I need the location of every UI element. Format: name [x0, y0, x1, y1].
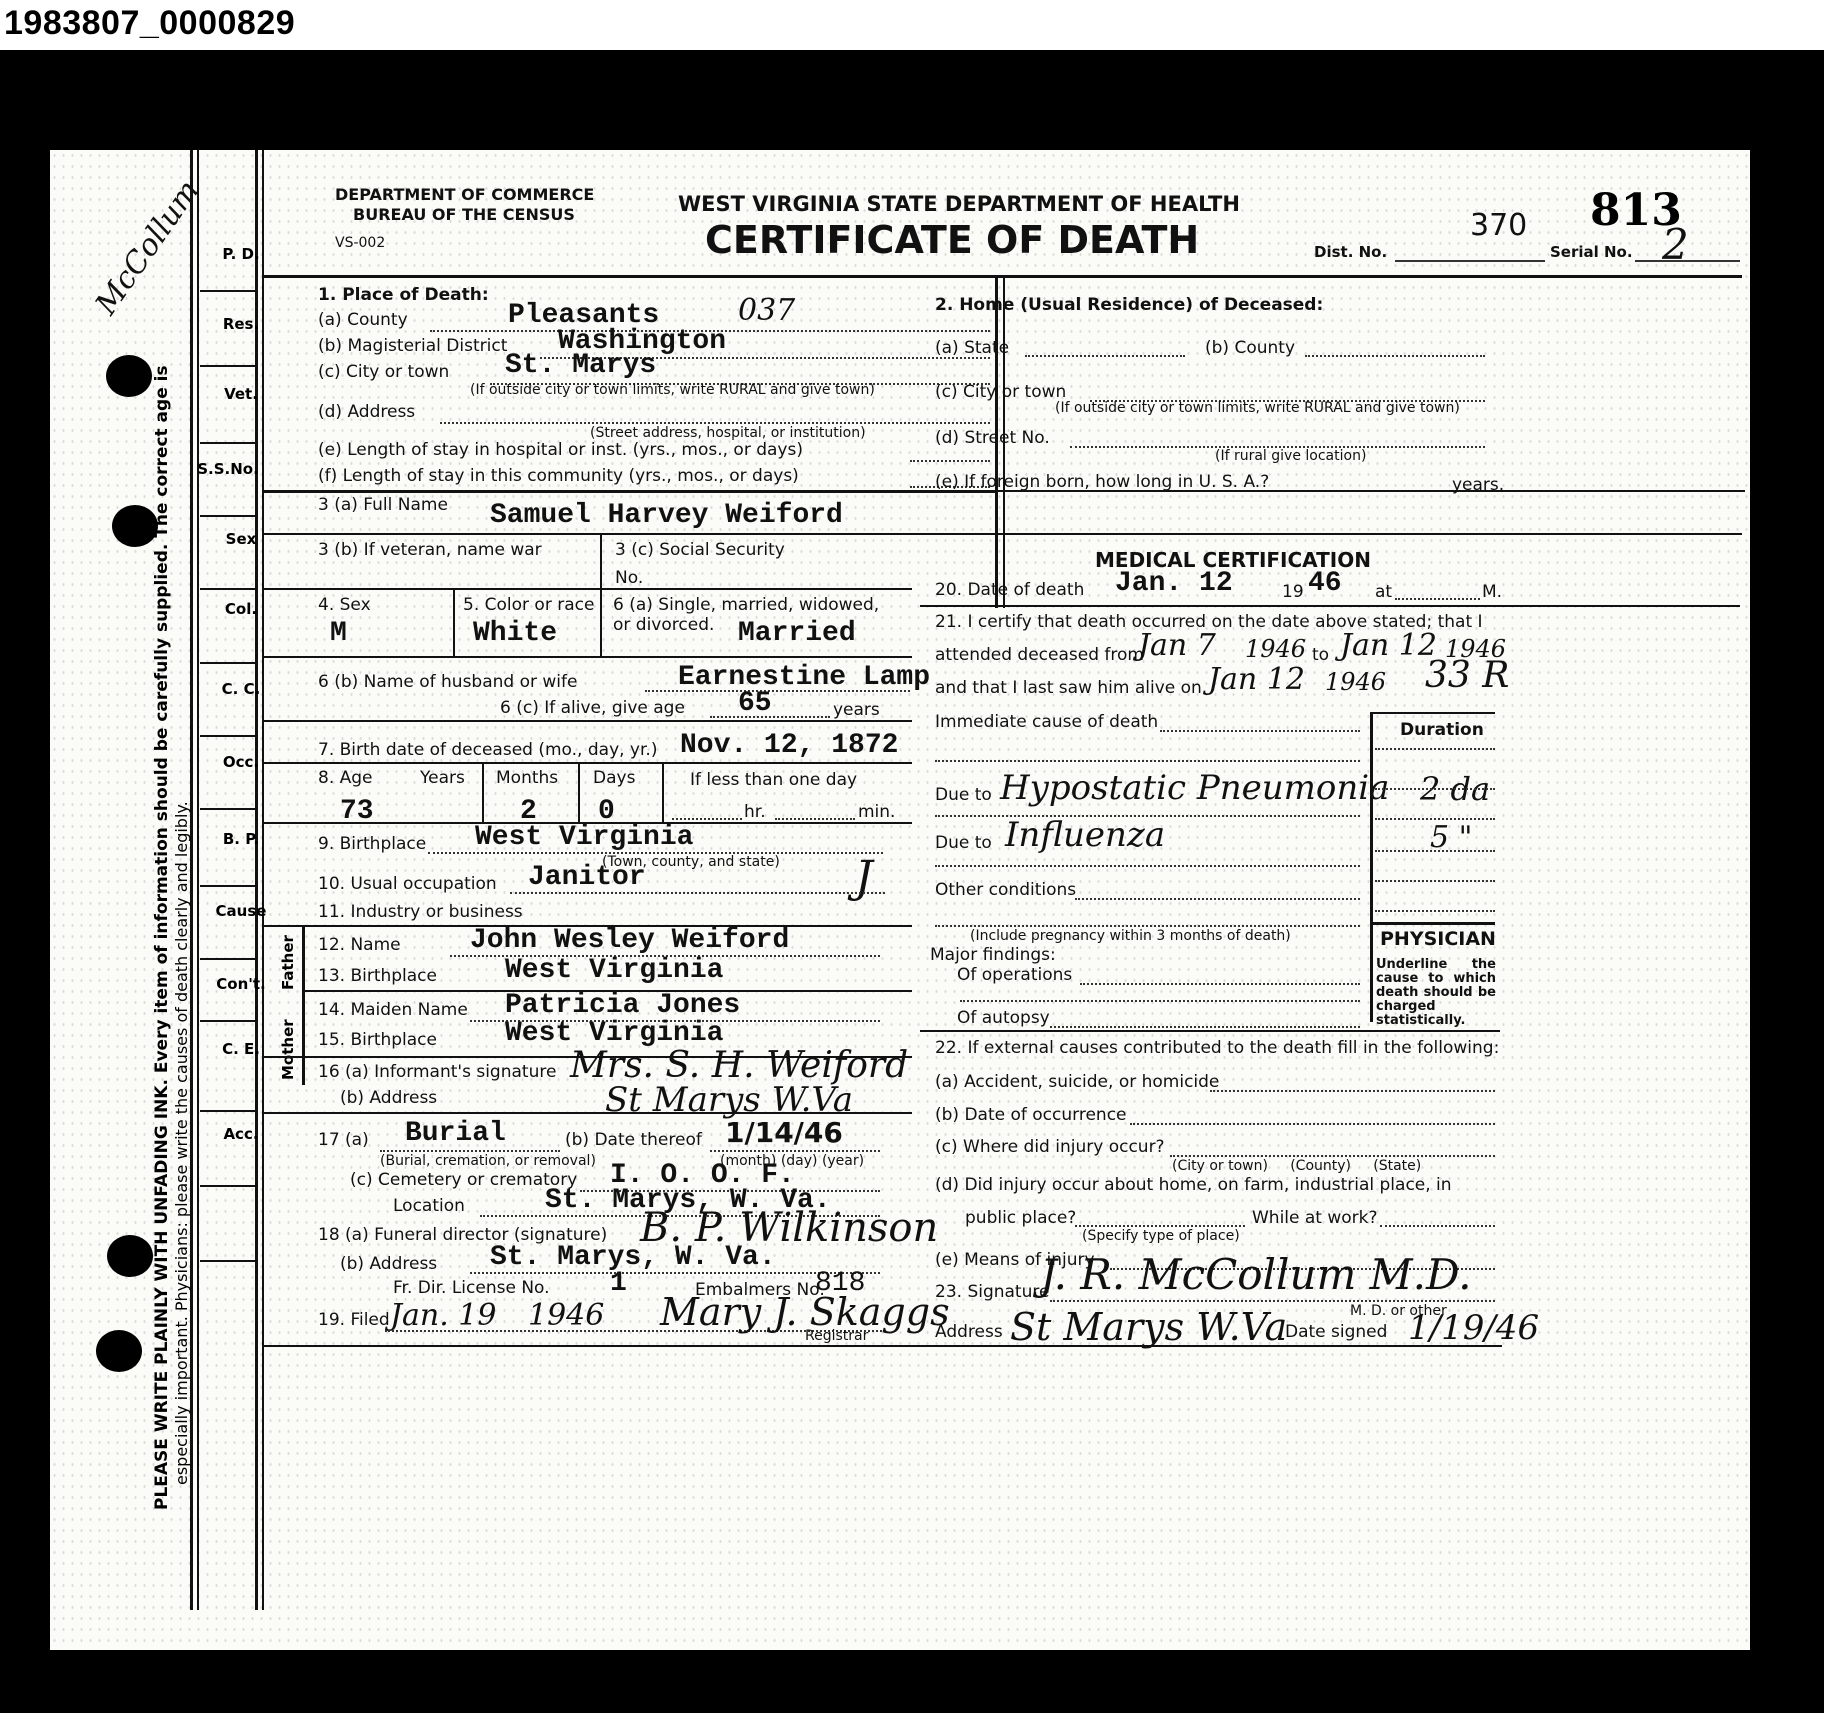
- margin-rule: [262, 150, 264, 1610]
- disposition-method: Burial: [405, 1118, 506, 1149]
- certificate-title: CERTIFICATE OF DEATH: [705, 218, 1199, 262]
- certificate-sheet: McCollum PLEASE WRITE PLAINLY WITH UNFAD…: [50, 150, 1750, 1650]
- external-c-label: (c) Where did injury occur?: [935, 1137, 1165, 1157]
- section-rule: [915, 490, 1745, 492]
- code-res: Res.: [200, 315, 282, 333]
- home-city-note: (If outside city or town limits, write R…: [1055, 400, 1460, 416]
- other-conditions-label: Other conditions: [935, 880, 1076, 900]
- parent-divider: [302, 925, 305, 1085]
- county-label: (a) County: [318, 310, 408, 330]
- home-city-label: (c) City or town: [935, 382, 1066, 402]
- city-note: (If outside city or town limits, write R…: [470, 382, 875, 398]
- immediate-cause-label: Immediate cause of death: [935, 712, 1158, 732]
- disposition-date-line: [710, 1150, 880, 1152]
- occupation-label: 10. Usual occupation: [318, 874, 497, 894]
- physician-note: Underline the cause to which death shoul…: [1376, 958, 1496, 1028]
- full-name-value: Samuel Harvey Weiford: [490, 500, 843, 531]
- spouse-age-label: 6 (c) If alive, give age: [500, 698, 685, 718]
- last-seen-date: Jan 12: [1208, 662, 1305, 697]
- place-heading: 1. Place of Death:: [318, 285, 489, 305]
- director-address-label: (b) Address: [340, 1254, 437, 1274]
- city-label: (c) City or town: [318, 362, 449, 382]
- district-label: Dist. No.: [1314, 243, 1387, 261]
- code-cc: C. C.: [200, 680, 282, 698]
- immediate-cause-line: [1160, 730, 1360, 732]
- external-d-label-2: public place?: [965, 1208, 1076, 1228]
- signature-label: 23. Signature: [935, 1282, 1049, 1302]
- section-rule: [920, 1030, 1500, 1032]
- license-value: 1: [610, 1268, 627, 1299]
- filed-year: 1946: [528, 1298, 604, 1333]
- external-d-label: (d) Did injury occur about home, on farm…: [935, 1175, 1452, 1195]
- margin-annotation: McCollum: [89, 174, 207, 321]
- sex-label: 4. Sex: [318, 595, 371, 615]
- pregnancy-note: (Include pregnancy within 3 months of de…: [970, 928, 1291, 944]
- spouse-line: [645, 690, 910, 692]
- stay-community-label: (f) Length of stay in this community (yr…: [318, 466, 799, 486]
- informant-address-value: St Marys W.Va: [605, 1080, 853, 1120]
- code-divider: [200, 1185, 255, 1187]
- code-cont: Con't.: [200, 975, 282, 993]
- spouse-age-value: 65: [738, 688, 772, 719]
- cause-2: Influenza: [1005, 815, 1165, 855]
- form-number: VS-002: [335, 235, 385, 251]
- section-rule: [920, 605, 1740, 607]
- cause-line: [935, 925, 1360, 927]
- industry-label: 11. Industry or business: [318, 902, 523, 922]
- cell-divider: [482, 762, 484, 822]
- age-years-label: Years: [420, 768, 465, 788]
- dept-line-1: DEPARTMENT OF COMMERCE: [335, 185, 594, 204]
- external-a-line: [1210, 1090, 1495, 1092]
- punch-hole: [107, 1235, 153, 1277]
- autopsy-line: [1050, 1026, 1360, 1028]
- code-divider: [200, 442, 255, 444]
- code-divider: [200, 1260, 255, 1262]
- code-divider: [200, 735, 255, 737]
- due-to-label-1: Due to: [935, 785, 992, 805]
- father-side-label: Father: [279, 935, 297, 990]
- spouse-value: Earnestine Lamp: [678, 662, 930, 693]
- marital-label-1: 6 (a) Single, married, widowed,: [613, 595, 879, 615]
- image-id: 1983807_0000829: [4, 4, 295, 43]
- father-birthplace-value: West Virginia: [505, 955, 723, 986]
- county-code: 037: [738, 293, 795, 328]
- external-b-line: [1130, 1123, 1495, 1125]
- other-conditions-line: [1075, 898, 1360, 900]
- code-divider: [200, 1020, 255, 1022]
- to-label: to: [1312, 645, 1329, 665]
- mother-name-value: Patricia Jones: [505, 990, 740, 1021]
- occupation-value: Janitor: [528, 862, 646, 893]
- death-month-day: Jan. 12: [1115, 568, 1233, 599]
- date-signed-label: Date signed: [1285, 1322, 1387, 1342]
- duration-top: [1370, 712, 1495, 714]
- age-label: 8. Age: [318, 768, 373, 788]
- attended-from-year: 1946: [1245, 635, 1306, 663]
- disposition-line: [380, 1150, 560, 1152]
- section-rule: [262, 588, 912, 590]
- home-street-label: (d) Street No.: [935, 428, 1050, 448]
- external-c-note: (City or town) (County) (State): [1172, 1158, 1421, 1174]
- header-rule: [262, 275, 1742, 278]
- attended-label: attended deceased from: [935, 645, 1144, 665]
- code-divider: [200, 885, 255, 887]
- death-time-line: [1395, 598, 1480, 600]
- code-divider: [200, 958, 255, 960]
- code-acc: Acc.: [200, 1125, 282, 1143]
- margin-rule: [197, 150, 199, 1610]
- stay-hospital-label: (e) Length of stay in hospital or inst. …: [318, 440, 803, 460]
- disposition-date: 1/14/46: [725, 1116, 843, 1149]
- duration-line: [1375, 850, 1495, 852]
- due-to-label-2: Due to: [935, 833, 992, 853]
- death-year-prefix: 19: [1282, 582, 1304, 602]
- code-divider: [200, 662, 255, 664]
- spouse-age-unit: years: [833, 700, 880, 720]
- hr-label: hr.: [744, 802, 766, 822]
- cause-1: Hypostatic Pneumonia: [1000, 768, 1389, 808]
- code-col: Col.: [200, 600, 282, 618]
- cause-line: [935, 760, 1360, 762]
- cause-line: [935, 865, 1360, 867]
- instruction-line-2: especially important. Physicians: please…: [172, 801, 191, 1485]
- birth-label: 7. Birth date of deceased (mo., day, yr.…: [318, 740, 657, 760]
- occupation-line: [510, 892, 885, 894]
- less-day-label: If less than one day: [690, 770, 857, 790]
- cell-divider: [600, 533, 602, 588]
- code-ssn: S.S.No.: [196, 460, 260, 478]
- mother-side-label: Mother: [279, 1019, 297, 1080]
- home-heading: 2. Home (Usual Residence) of Deceased:: [935, 295, 1323, 315]
- director-address-value: St. Marys, W. Va.: [490, 1242, 776, 1273]
- location-label: Location: [393, 1196, 465, 1216]
- filed-date: Jan. 19: [390, 1298, 496, 1333]
- work-label: While at work?: [1252, 1208, 1378, 1228]
- spouse-label: 6 (b) Name of husband or wife: [318, 672, 577, 692]
- district-number: 370: [1470, 208, 1527, 243]
- duration-line: [1375, 788, 1495, 790]
- bottom-rule: [262, 1345, 1502, 1347]
- operations-line: [1080, 983, 1360, 985]
- work-line: [1380, 1225, 1495, 1227]
- death-date-label: 20. Date of death: [935, 580, 1084, 600]
- foreign-label: (e) If foreign born, how long in U. S. A…: [935, 472, 1269, 492]
- disposition-label: 17 (a): [318, 1130, 369, 1150]
- hr-line: [672, 818, 742, 820]
- marital-value: Married: [738, 618, 856, 649]
- physician-address-label: Address: [935, 1322, 1003, 1342]
- code-divider: [200, 515, 255, 517]
- autopsy-label: Of autopsy: [957, 1008, 1050, 1028]
- external-d-note: (Specify type of place): [1082, 1228, 1240, 1244]
- age-months-label: Months: [496, 768, 558, 788]
- father-name-label: 12. Name: [318, 935, 401, 955]
- birthplace-label: 9. Birthplace: [318, 834, 426, 854]
- district-label: (b) Magisterial District: [318, 336, 507, 356]
- foreign-years-label: years.: [1452, 475, 1504, 495]
- attended-from: Jan 7: [1138, 628, 1216, 663]
- cemetery-label: (c) Cemetery or crematory: [350, 1170, 577, 1190]
- marital-label-2: or divorced.: [613, 615, 714, 635]
- agency-name: WEST VIRGINIA STATE DEPARTMENT OF HEALTH: [678, 192, 1240, 216]
- section-rule: [262, 490, 997, 493]
- code-divider: [200, 588, 255, 590]
- operations-label: Of operations: [957, 965, 1072, 985]
- cell-divider: [662, 762, 664, 822]
- father-name-value: John Wesley Weiford: [470, 925, 789, 956]
- section-rule: [262, 533, 1742, 535]
- code-divider: [200, 365, 255, 367]
- informant-address-label: (b) Address: [340, 1088, 437, 1108]
- ssn-label: 3 (c) Social Security: [615, 540, 785, 560]
- address-note: (Street address, hospital, or institutio…: [590, 425, 866, 441]
- duration-label: Duration: [1400, 720, 1484, 740]
- home-county-label: (b) County: [1205, 338, 1295, 358]
- sex-value: M: [330, 618, 347, 649]
- city-value: St. Marys: [505, 350, 656, 381]
- code-pd: P. D.: [200, 245, 282, 263]
- code-bp: B. P.: [200, 830, 282, 848]
- time-note: 33 R: [1425, 655, 1509, 696]
- mother-name-label: 14. Maiden Name: [318, 1000, 468, 1020]
- duration-line: [1375, 748, 1495, 750]
- duration-line: [1375, 910, 1495, 912]
- ssn-no-label: No.: [615, 568, 643, 588]
- cell-divider: [600, 588, 602, 656]
- full-name-label: 3 (a) Full Name: [318, 495, 448, 515]
- last-seen-year: 1946: [1325, 668, 1386, 696]
- occupation-mark: J: [855, 852, 873, 903]
- code-divider: [200, 1110, 255, 1112]
- veteran-label: 3 (b) If veteran, name war: [318, 540, 542, 560]
- min-label: min.: [858, 802, 895, 822]
- min-line: [775, 818, 855, 820]
- last-seen-label: and that I last saw him alive on: [935, 678, 1202, 698]
- external-c-line: [1170, 1155, 1495, 1157]
- punch-hole: [106, 355, 152, 397]
- external-d-line: [1075, 1225, 1245, 1227]
- instruction-line-1: PLEASE WRITE PLAINLY WITH UNFADING INK. …: [152, 210, 172, 1510]
- death-year: 46: [1308, 568, 1342, 599]
- physician-signature: J. R. McCollum M.D.: [1040, 1250, 1472, 1299]
- address-label: (d) Address: [318, 402, 415, 422]
- stay-hospital-line: [910, 460, 990, 462]
- section-rule: [262, 762, 912, 764]
- father-birthplace-label: 13. Birthplace: [318, 966, 437, 986]
- section-rule: [262, 656, 912, 658]
- external-b-label: (b) Date of occurrence: [935, 1105, 1127, 1125]
- section-rule: [262, 1112, 912, 1114]
- disposition-note: (Burial, cremation, or removal): [380, 1153, 596, 1169]
- major-findings-label: Major findings:: [930, 945, 1056, 965]
- m-label: M.: [1482, 582, 1502, 602]
- code-divider: [200, 808, 255, 810]
- at-label: at: [1375, 582, 1392, 602]
- filed-label: 19. Filed: [318, 1310, 390, 1330]
- age-days-label: Days: [593, 768, 635, 788]
- operations-line-2: [960, 1000, 1360, 1002]
- physician-heading: PHYSICIAN: [1380, 928, 1496, 950]
- home-street-note: (If rural give location): [1215, 448, 1366, 464]
- mother-birthplace-label: 15. Birthplace: [318, 1030, 437, 1050]
- cell-divider: [578, 762, 580, 822]
- code-cause: Cause: [200, 902, 282, 920]
- serial-label: Serial No.: [1550, 243, 1633, 261]
- address-line: [440, 422, 990, 424]
- license-label: Fr. Dir. License No.: [393, 1278, 550, 1298]
- cell-divider: [453, 588, 455, 656]
- race-value: White: [473, 618, 557, 649]
- duration-line: [1375, 880, 1495, 882]
- serial-number: 2: [1662, 220, 1689, 269]
- informant-label: 16 (a) Informant's signature: [318, 1062, 556, 1082]
- signature-line: [1050, 1300, 1495, 1302]
- code-divider: [200, 290, 255, 292]
- physician-rule: [1373, 922, 1495, 925]
- home-state-label: (a) State: [935, 338, 1009, 358]
- code-vet: Vet.: [200, 385, 282, 403]
- disposition-date-label: (b) Date thereof: [565, 1130, 702, 1150]
- registrar-label: Registrar: [805, 1328, 868, 1344]
- home-state-line: [1025, 355, 1185, 357]
- punch-hole: [96, 1330, 142, 1372]
- district-line: [1395, 260, 1545, 262]
- duration-divider: [1370, 712, 1373, 1022]
- margin-rule: [255, 150, 258, 1610]
- external-a-label: (a) Accident, suicide, or homicide: [935, 1072, 1219, 1092]
- physician-address: St Marys W.Va: [1010, 1305, 1287, 1349]
- race-label: 5. Color or race: [463, 595, 594, 615]
- dept-line-2: BUREAU OF THE CENSUS: [353, 205, 575, 224]
- birthplace-value: West Virginia: [475, 822, 693, 853]
- spouse-age-line: [710, 716, 830, 718]
- section-rule: [262, 720, 912, 722]
- attended-to: Jan 12: [1340, 628, 1437, 663]
- date-signed-value: 1/19/46: [1408, 1308, 1539, 1348]
- home-county-line: [1305, 355, 1485, 357]
- birth-value: Nov. 12, 1872: [680, 730, 898, 761]
- external-heading: 22. If external causes contributed to th…: [935, 1038, 1499, 1058]
